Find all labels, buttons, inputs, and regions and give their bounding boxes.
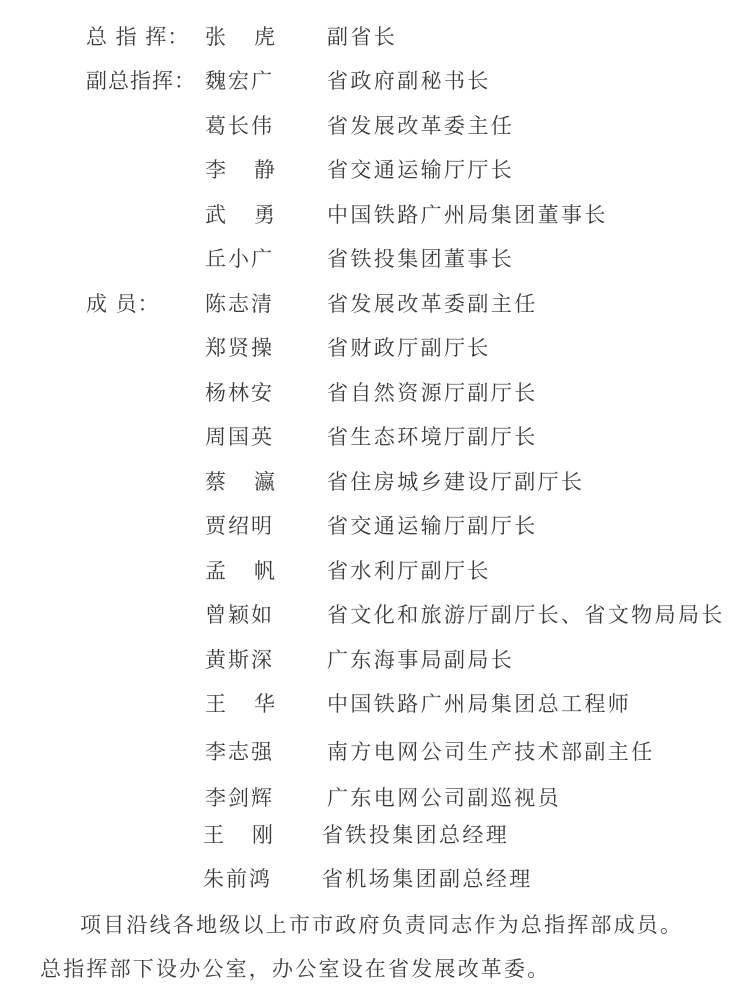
roster-row: 李志强 南方电网公司生产技术部副主任 xyxy=(0,737,750,767)
roster-row: 成 员： 陈志清 省发展改革委副主任 xyxy=(0,289,750,319)
person-name: 蔡 瀛 xyxy=(205,467,277,497)
person-name: 朱前鸿 xyxy=(203,864,272,894)
person-name: 贾绍明 xyxy=(205,511,274,541)
person-name: 曾颖如 xyxy=(205,600,274,630)
person-title: 省住房城乡建设厅副厅长 xyxy=(327,467,584,497)
role-label: 总 指 挥： xyxy=(86,22,198,52)
person-name: 周国英 xyxy=(205,422,274,452)
roster-row: 曾颖如 省文化和旅游厅副厅长、省文物局局长 xyxy=(0,600,750,630)
paragraph-line: 项目沿线各地级以上市市政府负责同志作为总指挥部成员。 xyxy=(80,910,683,940)
person-name: 郑贤操 xyxy=(205,333,274,363)
person-name: 葛长伟 xyxy=(205,111,274,141)
roster-row: 李 静 省交通运输厅厅长 xyxy=(0,155,750,185)
person-title: 省自然资源厅副厅长 xyxy=(327,378,538,408)
person-name: 杨林安 xyxy=(205,378,274,408)
person-title: 南方电网公司生产技术部副主任 xyxy=(327,737,655,767)
person-name: 丘小广 xyxy=(205,244,274,274)
roster-row: 周国英 省生态环境厅副厅长 xyxy=(0,422,750,452)
person-title: 省水利厅副厅长 xyxy=(327,556,491,586)
person-title: 省铁投集团董事长 xyxy=(327,244,514,274)
person-name: 李剑辉 xyxy=(205,783,274,813)
person-name: 李 静 xyxy=(205,155,277,185)
person-title: 省交通运输厅副厅长 xyxy=(327,511,538,541)
person-name: 张 虎 xyxy=(205,22,277,52)
person-name: 陈志清 xyxy=(205,289,274,319)
roster-row: 武 勇 中国铁路广州局集团董事长 xyxy=(0,200,750,230)
roster-row: 蔡 瀛 省住房城乡建设厅副厅长 xyxy=(0,467,750,497)
person-title: 省发展改革委副主任 xyxy=(327,289,538,319)
roster-row: 总 指 挥： 张 虎 副省长 xyxy=(0,22,750,52)
person-name: 魏宏广 xyxy=(205,66,274,96)
roster-row: 孟 帆 省水利厅副厅长 xyxy=(0,556,750,586)
person-title: 省发展改革委主任 xyxy=(327,111,514,141)
roster-row: 黄斯深 广东海事局副局长 xyxy=(0,645,750,675)
person-title: 广东电网公司副巡视员 xyxy=(327,783,561,813)
roster-row: 王 刚 省铁投集团总经理 xyxy=(0,820,750,850)
roster-row: 李剑辉 广东电网公司副巡视员 xyxy=(0,783,750,813)
person-title: 省文化和旅游厅副厅长、省文物局局长 xyxy=(327,600,725,630)
person-title: 广东海事局副局长 xyxy=(327,645,514,675)
roster-row: 副总指挥： 魏宏广 省政府副秘书长 xyxy=(0,66,750,96)
person-title: 中国铁路广州局集团总工程师 xyxy=(327,689,631,719)
person-title: 中国铁路广州局集团董事长 xyxy=(327,200,608,230)
person-title: 省铁投集团总经理 xyxy=(322,820,509,850)
roster-row: 郑贤操 省财政厅副厅长 xyxy=(0,333,750,363)
person-name: 王 华 xyxy=(205,689,277,719)
person-title: 省政府副秘书长 xyxy=(327,66,491,96)
person-name: 李志强 xyxy=(205,737,274,767)
person-name: 孟 帆 xyxy=(205,556,277,586)
roster-row: 朱前鸿 省机场集团副总经理 xyxy=(0,864,750,894)
person-title: 省财政厅副厅长 xyxy=(327,333,491,363)
person-title: 省生态环境厅副厅长 xyxy=(327,422,538,452)
person-title: 副省长 xyxy=(327,22,397,52)
roster-row: 贾绍明 省交通运输厅副厅长 xyxy=(0,511,750,541)
person-title: 省交通运输厅厅长 xyxy=(327,155,514,185)
person-name: 黄斯深 xyxy=(205,645,274,675)
person-title: 省机场集团副总经理 xyxy=(322,864,533,894)
roster-row: 王 华 中国铁路广州局集团总工程师 xyxy=(0,689,750,719)
person-name: 武 勇 xyxy=(205,200,277,230)
roster-row: 葛长伟 省发展改革委主任 xyxy=(0,111,750,141)
person-name: 王 刚 xyxy=(203,820,275,850)
role-label: 成 员： xyxy=(86,289,198,319)
role-label: 副总指挥： xyxy=(86,66,198,96)
roster-row: 杨林安 省自然资源厅副厅长 xyxy=(0,378,750,408)
roster-row: 丘小广 省铁投集团董事长 xyxy=(0,244,750,274)
paragraph-line: 总指挥部下设办公室，办公室设在省发展改革委。 xyxy=(40,954,550,984)
